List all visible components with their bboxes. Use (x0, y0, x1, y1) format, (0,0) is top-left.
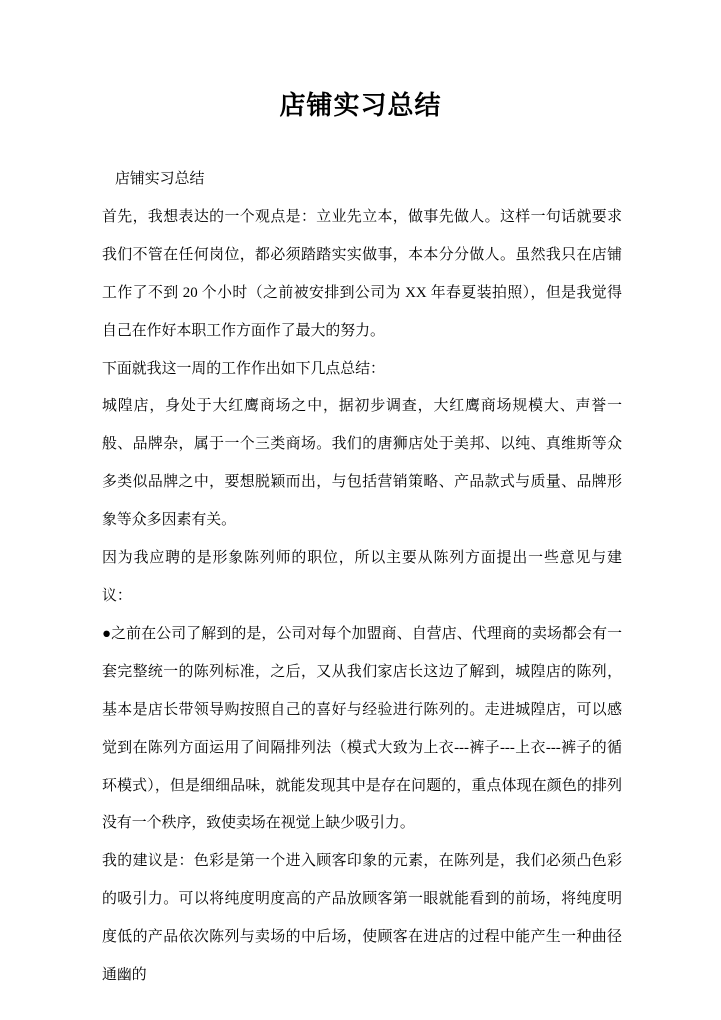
paragraph-store-overview: 城隍店，身处于大红鹰商场之中，据初步调查，大红鹰商场规模大、声誉一般、品牌杂，属… (102, 388, 622, 540)
paragraph-bullet-display-analysis: ●之前在公司了解到的是，公司对每个加盟商、自营店、代理商的卖场都会有一套完整统一… (102, 616, 622, 843)
document-subtitle: 店铺实习总结 (102, 161, 622, 199)
paragraph-summary-lead: 下面就我这一周的工作作出如下几点总结： (102, 351, 622, 389)
paragraph-position-lead: 因为我应聘的是形象陈列师的职位，所以主要从陈列方面提出一些意见与建议： (102, 540, 622, 616)
document-page: 店铺实习总结 店铺实习总结 首先，我想表达的一个观点是：立业先立本，做事先做人。… (0, 0, 721, 1020)
document-body: 店铺实习总结 首先，我想表达的一个观点是：立业先立本，做事先做人。这样一句话就要… (102, 161, 622, 995)
paragraph-suggestion: 我的建议是：色彩是第一个进入顾客印象的元素，在陈列是，我们必须凸色彩的吸引力。可… (102, 843, 622, 995)
paragraph-intro: 首先，我想表达的一个观点是：立业先立本，做事先做人。这样一句话就要求我们不管在任… (102, 199, 622, 351)
document-title: 店铺实习总结 (0, 0, 721, 126)
